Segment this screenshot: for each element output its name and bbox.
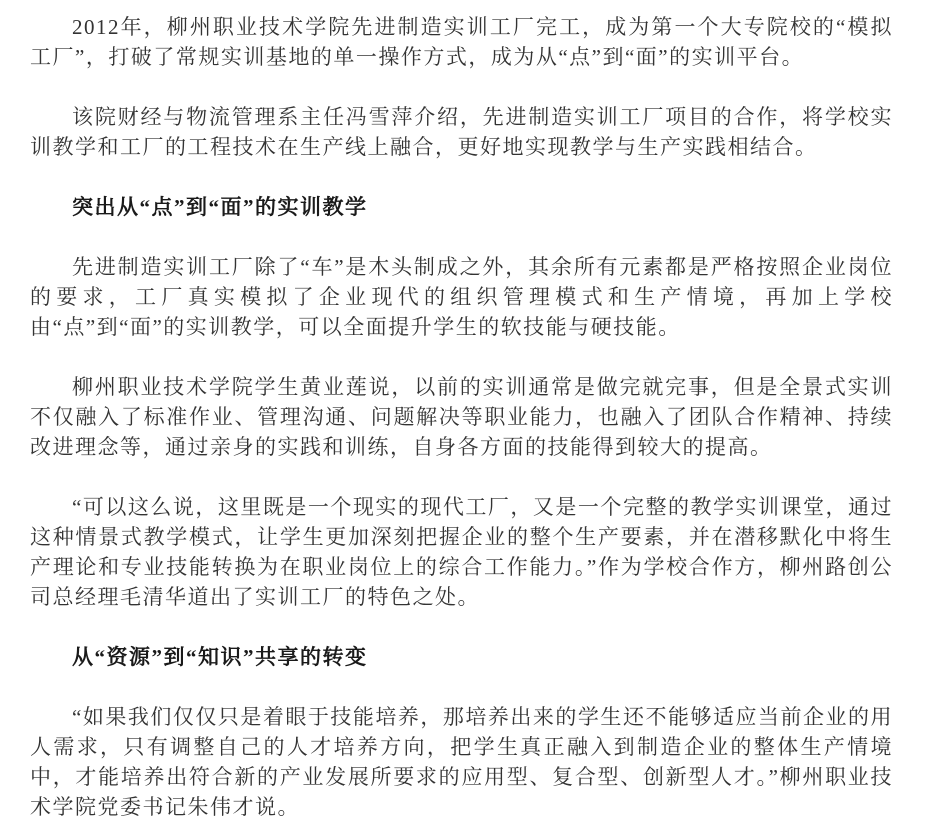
paragraph-secretary-quote: “如果我们仅仅只是着眼于技能培养，那培养出来的学生还不能够适应当前企业的用人需求… xyxy=(30,702,893,822)
paragraph-director-intro: 该院财经与物流管理系主任冯雪萍介绍，先进制造实训工厂项目的合作，将学校实训教学和… xyxy=(30,102,893,162)
paragraph-intro: 2012年，柳州职业技术学院先进制造实训工厂完工，成为第一个大专院校的“模拟工厂… xyxy=(30,12,893,72)
paragraph-student-quote: 柳州职业技术学院学生黄业莲说，以前的实训通常是做完就完事，但是全景式实训不仅融入… xyxy=(30,372,893,462)
paragraph-manager-quote: “可以这么说，这里既是一个现实的现代工厂，又是一个完整的教学实训课堂，通过这种情… xyxy=(30,492,893,612)
paragraph-factory-description: 先进制造实训工厂除了“车”是木头制成之外，其余所有元素都是严格按照企业岗位的要求… xyxy=(30,252,893,342)
article-document: 2012年，柳州职业技术学院先进制造实训工厂完工，成为第一个大专院校的“模拟工厂… xyxy=(0,0,933,839)
section-heading-training: 突出从“点”到“面”的实训教学 xyxy=(30,192,893,222)
section-heading-sharing: 从“资源”到“知识”共享的转变 xyxy=(30,642,893,672)
